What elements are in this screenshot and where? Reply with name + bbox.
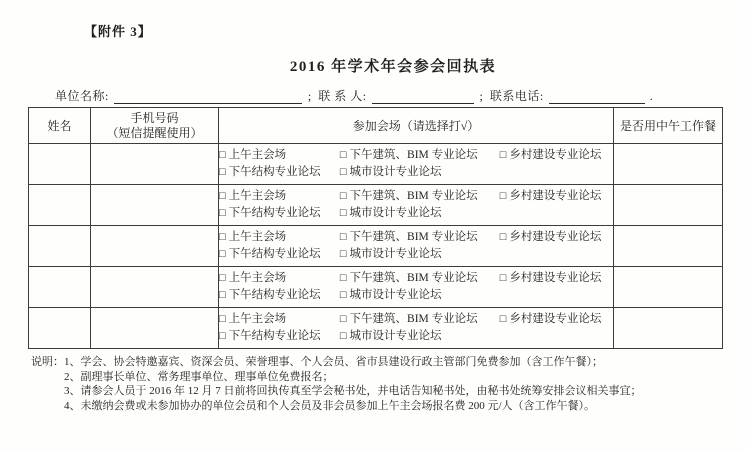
session-option: □乡村建设专业论坛 — [500, 270, 602, 287]
session-option: □城市设计专业论坛 — [340, 287, 442, 304]
session-options-line1: □上午主会场 □下午建筑、BIM 专业论坛 □乡村建设专业论坛 — [219, 147, 613, 164]
session-option-label: 下午结构专业论坛 — [229, 207, 321, 219]
note-items: 1、学会、协会特邀嘉宾、资深会员、荣誉理事、个人会员、省市县建设行政主管部门免费… — [64, 355, 743, 413]
checkbox-icon: □ — [219, 149, 226, 161]
session-option: □上午主会场 — [219, 188, 337, 205]
attachment-label: 【附件 3】 — [84, 21, 152, 40]
phone-cell — [91, 267, 219, 308]
name-cell — [29, 144, 91, 185]
lunch-cell — [614, 267, 723, 308]
session-cell: □上午主会场 □下午建筑、BIM 专业论坛 □乡村建设专业论坛 □下午结构专业论… — [219, 308, 614, 349]
checkbox-icon: □ — [219, 248, 226, 260]
session-option: □下午建筑、BIM 专业论坛 — [340, 147, 497, 164]
session-option-label: 上午主会场 — [229, 149, 287, 161]
session-option-label: 城市设计专业论坛 — [350, 330, 442, 342]
session-option-label: 上午主会场 — [229, 272, 287, 284]
note-item: 1、学会、协会特邀嘉宾、资深会员、荣誉理事、个人会员、省市县建设行政主管部门免费… — [64, 355, 743, 370]
session-option: □上午主会场 — [219, 147, 337, 164]
session-option-label: 乡村建设专业论坛 — [509, 149, 601, 161]
contact-person-blank — [372, 91, 474, 104]
session-option-label: 下午建筑、BIM 专业论坛 — [350, 272, 478, 284]
checkbox-icon: □ — [340, 190, 347, 202]
checkbox-icon: □ — [340, 330, 347, 342]
session-option-label: 乡村建设专业论坛 — [509, 313, 601, 325]
contact-person-label: 联 系 人: — [318, 89, 366, 103]
checkbox-icon: □ — [500, 313, 507, 325]
phone-blank — [549, 91, 645, 104]
checkbox-icon: □ — [340, 149, 347, 161]
session-option: □城市设计专业论坛 — [340, 205, 442, 222]
checkbox-icon: □ — [219, 313, 226, 325]
note-item: 3、请参会人员于 2016 年 12 月 7 日前将回执传真至学会秘书处，并电话… — [64, 384, 743, 399]
session-option: □下午建筑、BIM 专业论坛 — [340, 311, 497, 328]
session-option: □下午结构专业论坛 — [219, 328, 337, 345]
session-option-label: 下午结构专业论坛 — [229, 166, 321, 178]
checkbox-icon: □ — [219, 166, 226, 178]
session-option: □城市设计专业论坛 — [340, 246, 442, 263]
session-option-label: 下午建筑、BIM 专业论坛 — [350, 313, 478, 325]
end-period: . — [650, 89, 653, 103]
session-option: □城市设计专业论坛 — [340, 164, 442, 181]
session-option-label: 上午主会场 — [229, 190, 287, 202]
session-cell: □上午主会场 □下午建筑、BIM 专业论坛 □乡村建设专业论坛 □下午结构专业论… — [219, 226, 614, 267]
form-title: 2016 年学术年会参会回执表 — [40, 55, 746, 76]
session-option-label: 乡村建设专业论坛 — [509, 231, 601, 243]
session-option: □下午结构专业论坛 — [219, 164, 337, 181]
note-item: 2、副理事长单位、常务理事单位、理事单位免费报名； — [64, 370, 743, 385]
phone-label: 联系电话: — [490, 89, 544, 103]
session-options-line1: □上午主会场 □下午建筑、BIM 专业论坛 □乡村建设专业论坛 — [219, 270, 613, 287]
notes-section: 说明： 1、学会、协会特邀嘉宾、资深会员、荣誉理事、个人会员、省市县建设行政主管… — [31, 355, 743, 413]
session-option-label: 乡村建设专业论坛 — [509, 272, 601, 284]
name-cell — [29, 308, 91, 349]
lunch-cell — [614, 144, 723, 185]
session-option-label: 城市设计专业论坛 — [350, 166, 442, 178]
session-option: □乡村建设专业论坛 — [500, 147, 602, 164]
session-option: □上午主会场 — [219, 311, 337, 328]
session-option: □城市设计专业论坛 — [340, 328, 442, 345]
note-item: 4、未缴纳会费或未参加协办的单位会员和个人会员及非会员参加上午主会场报名费 20… — [64, 399, 743, 414]
session-option-label: 上午主会场 — [229, 231, 287, 243]
session-option: □乡村建设专业论坛 — [500, 311, 602, 328]
session-option-label: 下午建筑、BIM 专业论坛 — [350, 149, 478, 161]
header-row: 姓名 手机号码 （短信提醒使用） 参加会场（请选择打√） 是否用中午工作餐 — [29, 108, 723, 144]
reply-table: 姓名 手机号码 （短信提醒使用） 参加会场（请选择打√） 是否用中午工作餐 □上… — [28, 107, 723, 349]
checkbox-icon: □ — [340, 289, 347, 301]
col-header-phone: 手机号码 （短信提醒使用） — [91, 108, 219, 144]
checkbox-icon: □ — [219, 289, 226, 301]
session-cell: □上午主会场 □下午建筑、BIM 专业论坛 □乡村建设专业论坛 □下午结构专业论… — [219, 267, 614, 308]
separator: ; — [308, 89, 311, 103]
session-option-label: 上午主会场 — [229, 313, 287, 325]
session-option-label: 下午建筑、BIM 专业论坛 — [350, 190, 478, 202]
phone-cell — [91, 308, 219, 349]
checkbox-icon: □ — [219, 190, 226, 202]
session-option: □下午结构专业论坛 — [219, 287, 337, 304]
table-row: □上午主会场 □下午建筑、BIM 专业论坛 □乡村建设专业论坛 □下午结构专业论… — [29, 226, 723, 267]
unit-name-blank — [114, 91, 302, 104]
session-option-label: 乡村建设专业论坛 — [509, 190, 601, 202]
session-options-line2: □下午结构专业论坛 □城市设计专业论坛 — [219, 164, 613, 181]
session-option: □上午主会场 — [219, 270, 337, 287]
checkbox-icon: □ — [500, 272, 507, 284]
session-option-label: 城市设计专业论坛 — [350, 248, 442, 260]
phone-cell — [91, 185, 219, 226]
checkbox-icon: □ — [500, 231, 507, 243]
separator: ; — [480, 89, 483, 103]
name-cell — [29, 185, 91, 226]
phone-header-line1: 手机号码 — [91, 111, 218, 126]
checkbox-icon: □ — [340, 272, 347, 284]
checkbox-icon: □ — [340, 313, 347, 325]
session-option: □乡村建设专业论坛 — [500, 188, 602, 205]
lunch-cell — [614, 226, 723, 267]
phone-cell — [91, 226, 219, 267]
checkbox-icon: □ — [219, 272, 226, 284]
session-cell: □上午主会场 □下午建筑、BIM 专业论坛 □乡村建设专业论坛 □下午结构专业论… — [219, 185, 614, 226]
notes-label: 说明： — [31, 355, 64, 413]
name-cell — [29, 267, 91, 308]
session-option: □下午建筑、BIM 专业论坛 — [340, 229, 497, 246]
table-row: □上午主会场 □下午建筑、BIM 专业论坛 □乡村建设专业论坛 □下午结构专业论… — [29, 267, 723, 308]
session-option-label: 下午结构专业论坛 — [229, 330, 321, 342]
checkbox-icon: □ — [340, 248, 347, 260]
col-header-name: 姓名 — [29, 108, 91, 144]
table-row: □上午主会场 □下午建筑、BIM 专业论坛 □乡村建设专业论坛 □下午结构专业论… — [29, 185, 723, 226]
session-option: □上午主会场 — [219, 229, 337, 246]
session-options-line2: □下午结构专业论坛 □城市设计专业论坛 — [219, 205, 613, 222]
checkbox-icon: □ — [340, 207, 347, 219]
session-options-line2: □下午结构专业论坛 □城市设计专业论坛 — [219, 328, 613, 345]
session-option: □下午结构专业论坛 — [219, 205, 337, 222]
session-option-label: 下午建筑、BIM 专业论坛 — [350, 231, 478, 243]
checkbox-icon: □ — [219, 231, 226, 243]
checkbox-icon: □ — [500, 149, 507, 161]
session-option-label: 城市设计专业论坛 — [350, 289, 442, 301]
checkbox-icon: □ — [500, 190, 507, 202]
session-option: □乡村建设专业论坛 — [500, 229, 602, 246]
session-option: □下午建筑、BIM 专业论坛 — [340, 188, 497, 205]
session-cell: □上午主会场 □下午建筑、BIM 专业论坛 □乡村建设专业论坛 □下午结构专业论… — [219, 144, 614, 185]
session-option: □下午建筑、BIM 专业论坛 — [340, 270, 497, 287]
phone-header-line2: （短信提醒使用） — [91, 126, 218, 141]
checkbox-icon: □ — [219, 330, 226, 342]
phone-cell — [91, 144, 219, 185]
session-options-line2: □下午结构专业论坛 □城市设计专业论坛 — [219, 246, 613, 263]
session-options-line1: □上午主会场 □下午建筑、BIM 专业论坛 □乡村建设专业论坛 — [219, 311, 613, 328]
info-line: 单位名称: ; 联 系 人: ; 联系电话: . — [55, 87, 745, 104]
session-option-label: 下午结构专业论坛 — [229, 248, 321, 260]
session-option: □下午结构专业论坛 — [219, 246, 337, 263]
session-options-line1: □上午主会场 □下午建筑、BIM 专业论坛 □乡村建设专业论坛 — [219, 229, 613, 246]
checkbox-icon: □ — [219, 207, 226, 219]
session-option-label: 下午结构专业论坛 — [229, 289, 321, 301]
unit-name-label: 单位名称: — [55, 89, 109, 103]
col-header-lunch: 是否用中午工作餐 — [614, 108, 723, 144]
document-page: 【附件 3】 2016 年学术年会参会回执表 单位名称: ; 联 系 人: ; … — [0, 0, 746, 452]
session-option-label: 城市设计专业论坛 — [350, 207, 442, 219]
checkbox-icon: □ — [340, 166, 347, 178]
session-options-line2: □下午结构专业论坛 □城市设计专业论坛 — [219, 287, 613, 304]
session-options-line1: □上午主会场 □下午建筑、BIM 专业论坛 □乡村建设专业论坛 — [219, 188, 613, 205]
checkbox-icon: □ — [340, 231, 347, 243]
table-row: □上午主会场 □下午建筑、BIM 专业论坛 □乡村建设专业论坛 □下午结构专业论… — [29, 308, 723, 349]
col-header-session: 参加会场（请选择打√） — [219, 108, 614, 144]
name-cell — [29, 226, 91, 267]
lunch-cell — [614, 185, 723, 226]
table-row: □上午主会场 □下午建筑、BIM 专业论坛 □乡村建设专业论坛 □下午结构专业论… — [29, 144, 723, 185]
lunch-cell — [614, 308, 723, 349]
